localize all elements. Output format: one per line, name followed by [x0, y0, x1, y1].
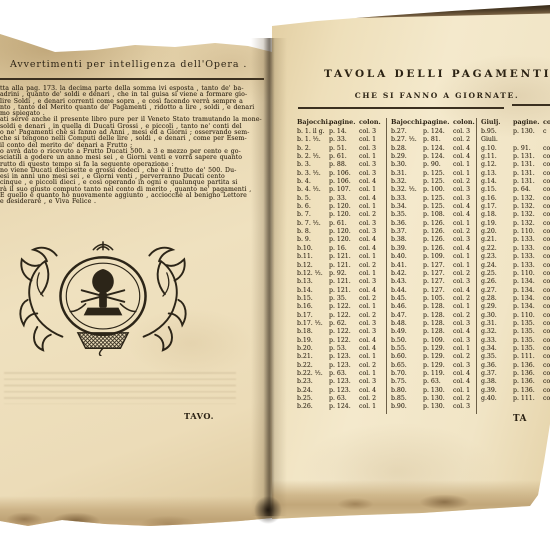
- table-row: b.14.p. 121.col. 4: [297, 287, 385, 295]
- table-row: b.33.p. 125.col. 3: [391, 195, 479, 203]
- table-row: g.13.p. 131.co: [481, 170, 550, 178]
- table-row: b. 2.p. 51.col. 3: [297, 145, 385, 153]
- unit-header: Bajocchi.: [297, 118, 329, 126]
- ink-showthrough: [4, 372, 236, 404]
- table-row: g.37.p. 136.co: [481, 370, 550, 378]
- table-row: g.32.p. 135.co: [481, 328, 550, 336]
- table-row: b.47.p. 128.col. 2: [391, 312, 479, 320]
- table-row: b.25.p. 63.col. 2: [297, 395, 385, 403]
- table-row: b.43.p. 127.col. 3: [391, 278, 479, 286]
- table-row: b.20.p. 53.col. 4: [297, 345, 385, 353]
- table-row: b. 3.p. 88.col. 3: [297, 161, 385, 169]
- table-row: b. 9.p. 120.col. 4: [297, 236, 385, 244]
- table-row: g.22.p. 133.co: [481, 245, 550, 253]
- left-page-heading: Avvertimenti per intelligenza dell'Opera…: [10, 59, 234, 70]
- table-row: b.48.p. 128.col. 3: [391, 320, 479, 328]
- table-title: TAVOLA DELLI PAGAMENTI,: [324, 68, 550, 80]
- column-header: co: [543, 118, 550, 126]
- column-divider-rule: [476, 118, 477, 414]
- table-row: b.32. ½.p. 100.col. 3: [391, 186, 479, 194]
- table-row: b. 6.p. 120.col. 1: [297, 203, 385, 211]
- table-row: b.35.p. 108.col. 4: [391, 211, 479, 219]
- table-row: g.39.p. 136.co: [481, 387, 550, 395]
- table-row: g.36.p. 136.co: [481, 362, 550, 370]
- table-row: b.19.p. 122.col. 4: [297, 337, 385, 345]
- unit-header: Giulj.: [481, 118, 513, 126]
- table-row: b.13.p. 121.col. 3: [297, 278, 385, 286]
- table-row: g.10.p. 91.co: [481, 145, 550, 153]
- table-row: b. 1. ½.p. 33.col. 1: [297, 136, 385, 144]
- table-row: g.12.p. 131.co: [481, 161, 550, 169]
- table-header: Bajocchi.pagine.colon.: [297, 118, 385, 128]
- table-row: b.95.p. 130.c: [481, 128, 550, 136]
- table-row: b. 2. ½.p. 61.col. 1: [297, 153, 385, 161]
- table-row: b.85.p. 130.col. 2: [391, 395, 479, 403]
- table-row: g.23.p. 133.co: [481, 253, 550, 261]
- table-row: g.35.p. 111.co: [481, 353, 550, 361]
- table-row: g.17.p. 132.co: [481, 203, 550, 211]
- table-row: b.22. ½.p. 63.col. 1: [297, 370, 385, 378]
- table-row: b.24.p. 123.col. 4: [297, 387, 385, 395]
- table-row: b. 8.p. 120.col. 3: [297, 228, 385, 236]
- table-row: b.18.p. 122.col. 3: [297, 328, 385, 336]
- table-header: Bajocchi.pagine.colon.: [391, 118, 479, 128]
- table-row: g.38.p. 136.co: [481, 378, 550, 386]
- table-row: b. 4. ½.p. 107.col. 1: [297, 186, 385, 194]
- table-row: b.17.p. 122.col. 2: [297, 312, 385, 320]
- page-header: pagine.: [513, 118, 543, 126]
- table-row: b.36.p. 126.col. 1: [391, 220, 479, 228]
- table-row: g.14.p. 131.co: [481, 178, 550, 186]
- table-row: b. 5.p. 33.col. 4: [297, 195, 385, 203]
- table-row: b. 3. ½.p. 106.col. 3: [297, 170, 385, 178]
- table-row: g.25.p. 110.co: [481, 270, 550, 278]
- table-row: g.34.p. 135.co: [481, 345, 550, 353]
- title-rule: [298, 107, 504, 109]
- unit-header: Bajocchi.: [391, 118, 423, 126]
- table-row: b.90.p. 130.col. 3: [391, 403, 479, 411]
- table-row: b.22.p. 123.col. 2: [297, 362, 385, 370]
- table-row: g.16.p. 132.co: [481, 195, 550, 203]
- table-row: b.60.p. 129.col. 2: [391, 353, 479, 361]
- table-row: b.50.p. 109.col. 3: [391, 337, 479, 345]
- table-row: b.37.p. 126.col. 2: [391, 228, 479, 236]
- table-row: b.55.p. 129.col. 1: [391, 345, 479, 353]
- table-row: g.28.p. 134.co: [481, 295, 550, 303]
- table-row: b. 7. ½.p. 61.col. 3: [297, 220, 385, 228]
- table-row: b.12.p. 121.col. 2: [297, 262, 385, 270]
- book-top-edge: [266, 0, 550, 20]
- table-row: g.40.p. 111.co: [481, 395, 550, 403]
- table-row: b.15.p. 35.col. 2: [297, 295, 385, 303]
- gutter-bottom-stain: [254, 496, 282, 524]
- table-row: g.20.p. 110.co: [481, 228, 550, 236]
- column-divider-rule: [386, 118, 387, 414]
- table-row: g.26.p. 134.co: [481, 278, 550, 286]
- column-header: colon.: [453, 118, 475, 126]
- table-row: b.40.p. 109.col. 1: [391, 253, 479, 261]
- table-row: g.33.p. 135.co: [481, 337, 550, 345]
- table-row: g.15.p. 64.co: [481, 186, 550, 194]
- left-page: Avvertimenti per intelligenza dell'Opera…: [0, 0, 272, 536]
- table-row: g.18.p. 132.co: [481, 211, 550, 219]
- table-row: b.30.p. 90.col. 1: [391, 161, 479, 169]
- payments-table-group-giulj: Giulj.pagine.co b.95.p. 130.c Giuli. g.1…: [481, 118, 550, 403]
- table-row: b. 7.p. 120.col. 2: [297, 211, 385, 219]
- table-row: b.34.p. 125.col. 4: [391, 203, 479, 211]
- table-row: b.44.p. 127.col. 4: [391, 287, 479, 295]
- table-row: b.26.p. 124.col. 1: [297, 403, 385, 411]
- page-header: pagine.: [423, 118, 453, 126]
- table-row: b.38.p. 126.col. 3: [391, 236, 479, 244]
- column-header: colon.: [359, 118, 381, 126]
- table-row: b.11.p. 121.col. 1: [297, 253, 385, 261]
- table-row: b.17. ½.p. 62.col. 3: [297, 320, 385, 328]
- table-row: b.70.p. 119.col. 4: [391, 370, 479, 378]
- right-page-catchword: TA: [513, 414, 527, 424]
- table-row: g.24.p. 133.co: [481, 262, 550, 270]
- table-row: b.49.p. 128.col. 4: [391, 328, 479, 336]
- table-row: g.21.p. 133.co: [481, 236, 550, 244]
- table-row: b.29.p. 124.col. 4: [391, 153, 479, 161]
- table-row: g.30.p. 110.co: [481, 312, 550, 320]
- table-row: b.23.p. 123.col. 3: [297, 378, 385, 386]
- title-rule-fragment: [512, 104, 550, 106]
- table-row: b.45.p. 105.col. 2: [391, 295, 479, 303]
- table-row: b.39.p. 126.col. 4: [391, 245, 479, 253]
- table-header: Giulj.pagine.co: [481, 118, 550, 128]
- table-row: g.19.p. 132.co: [481, 220, 550, 228]
- table-row: b.80.p. 130.col. 1: [391, 387, 479, 395]
- table-row: b.46.p. 128.col. 1: [391, 303, 479, 311]
- table-row: g.29.p. 134.co: [481, 303, 550, 311]
- page-header: pagine.: [329, 118, 359, 126]
- table-row: b.41.p. 127.col. 1: [391, 262, 479, 270]
- table-row: g.27.p. 134.co: [481, 287, 550, 295]
- left-page-body-text: tta alla pag. 173. la decima parte della…: [0, 86, 268, 206]
- table-row: g.31.p. 135.co: [481, 320, 550, 328]
- open-antique-book-photo: Avvertimenti per intelligenza dell'Opera…: [0, 0, 550, 550]
- payments-table-group-1: Bajocchi.pagine.colon. b. 1. il g.p. 14.…: [297, 118, 385, 412]
- table-row: b.27. ½.p. 81.col. 2: [391, 136, 479, 144]
- left-page-catchword: TAVO.: [184, 411, 214, 421]
- table-row: b.10.p. 16.col. 4: [297, 245, 385, 253]
- body-text-line: e desiderare , e Viva Felice .: [0, 199, 268, 205]
- table-row: b.75.p. 63.col. 4: [391, 378, 479, 386]
- table-row: b.28.p. 124.col. 4: [391, 145, 479, 153]
- table-row: b.65.p. 129.col. 3: [391, 362, 479, 370]
- table-row: Giuli.: [481, 136, 550, 144]
- right-page: TAVOLA DELLI PAGAMENTI, CHE SI FANNO A G…: [272, 0, 550, 536]
- table-subtitle: CHE SI FANNO A GIORNATE.: [324, 91, 550, 100]
- table-row: b.42.p. 127.col. 2: [391, 270, 479, 278]
- table-row: b.21.p. 123.col. 1: [297, 353, 385, 361]
- table-row: b.31.p. 125.col. 1: [391, 170, 479, 178]
- floral-woodcut-ornament: [16, 240, 190, 356]
- table-row: b.16.p. 122.col. 1: [297, 303, 385, 311]
- heading-rule: [0, 78, 264, 80]
- table-row: b.12. ½.p. 92.col. 1: [297, 270, 385, 278]
- table-row: g.11.p. 131.co: [481, 153, 550, 161]
- payments-table-group-2: Bajocchi.pagine.colon. b.27.p. 124.col. …: [391, 118, 479, 412]
